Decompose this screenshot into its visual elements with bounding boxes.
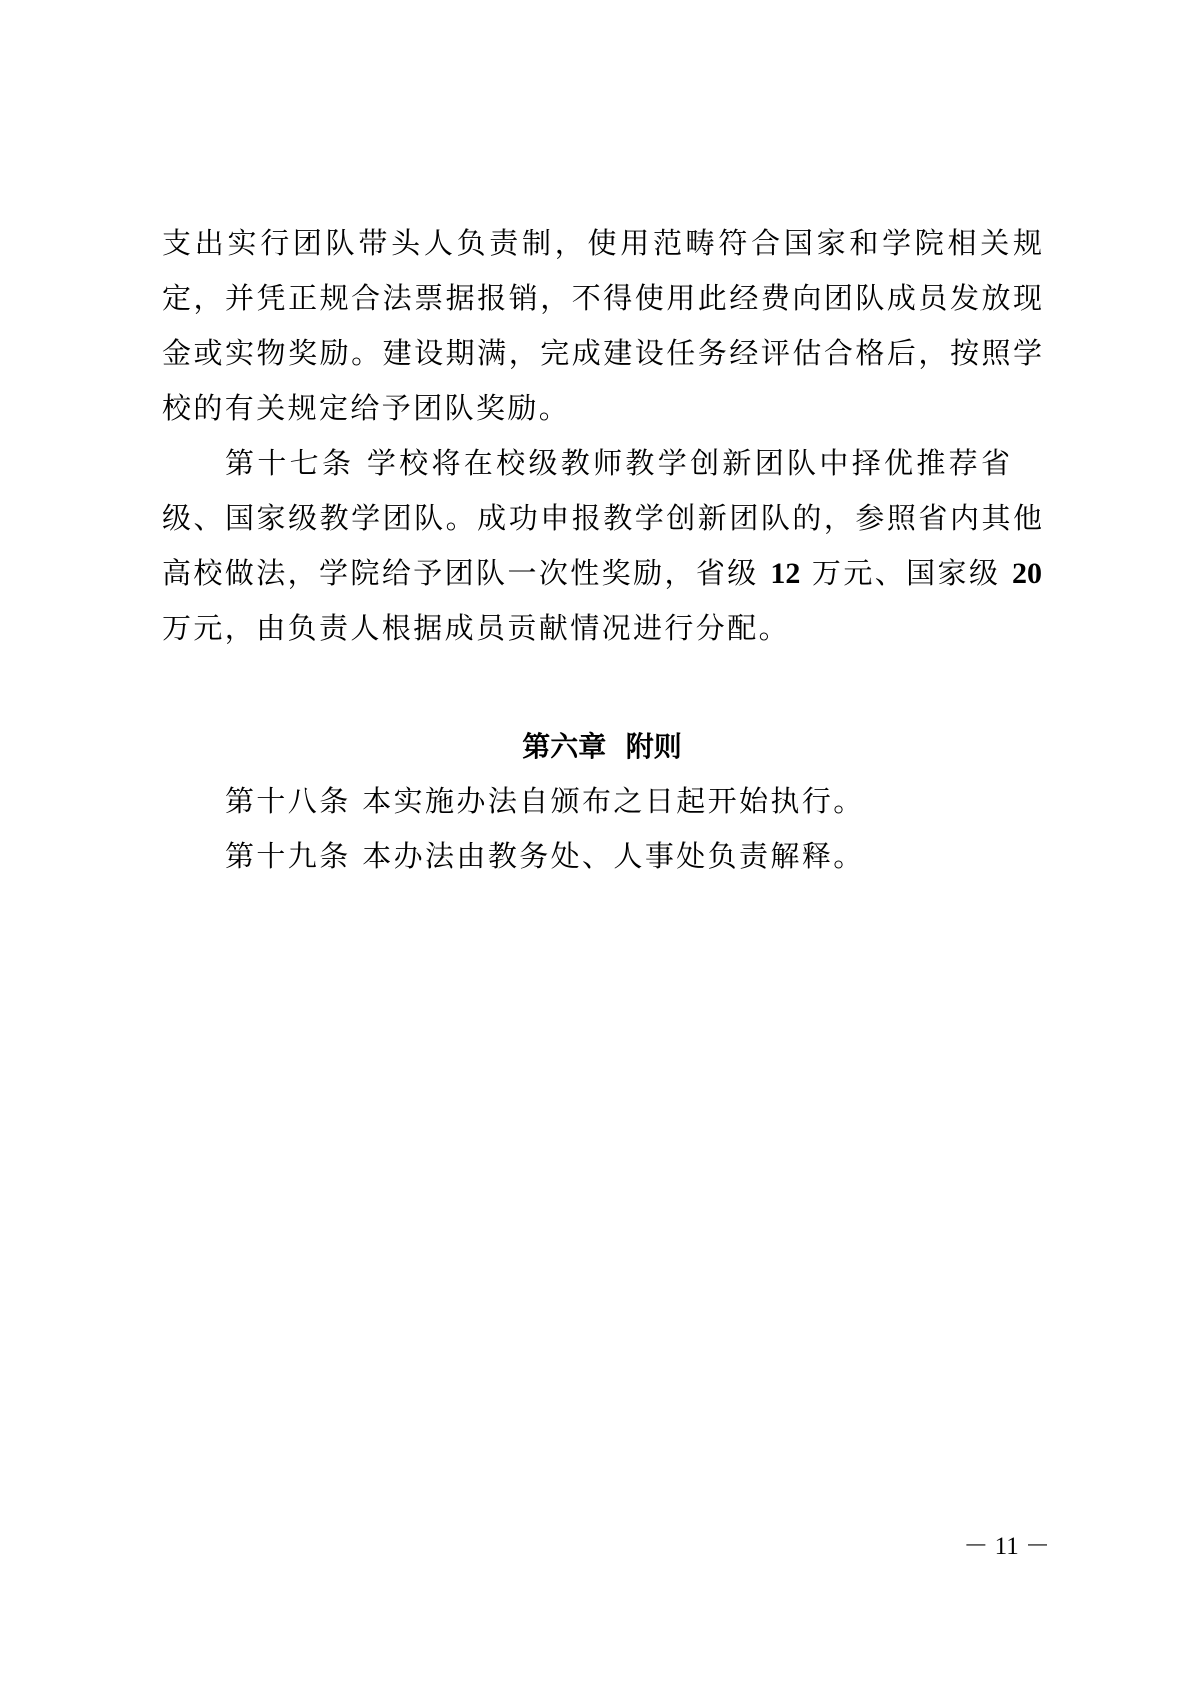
line-text: 万元、国家级: [800, 556, 1012, 590]
paragraph-line-with-amounts: 高校做法，学院给予团队一次性奖励，省级 12 万元、国家级 20: [162, 556, 1042, 590]
paragraph-line: 级、国家级教学团队。成功申报教学创新团队的，参照省内其他: [162, 501, 1042, 535]
line-text: 高校做法，学院给予团队一次性奖励，省级: [162, 556, 770, 590]
chapter-heading: 第六章 附则: [162, 728, 1042, 766]
paragraph-line: 定，并凭正规合法票据报销，不得使用此经费向团队成员发放现: [162, 281, 1042, 315]
provincial-amount: 12: [770, 557, 800, 590]
article-19: 第十九条 本办法由教务处、人事处负责解释。: [225, 839, 1042, 873]
article-18: 第十八条 本实施办法自颁布之日起开始执行。: [225, 784, 1042, 818]
article-17-first-line: 第十七条 学校将在校级教师教学创新团队中择优推荐省: [225, 446, 1010, 480]
paragraph-line: 支出实行团队带头人负责制，使用范畴符合国家和学院相关规: [162, 226, 1042, 260]
paragraph-line: 校的有关规定给予团队奖励。: [162, 391, 1042, 425]
national-amount: 20: [1012, 557, 1042, 590]
paragraph-line: 金或实物奖励。建设期满，完成建设任务经评估合格后，按照学: [162, 336, 1042, 370]
page-number: － 11 －: [950, 1532, 1050, 1562]
paragraph-line: 万元，由负责人根据成员贡献情况进行分配。: [162, 611, 1042, 645]
document-page: 支出实行团队带头人负责制，使用范畴符合国家和学院相关规 定，并凭正规合法票据报销…: [0, 0, 1190, 1683]
